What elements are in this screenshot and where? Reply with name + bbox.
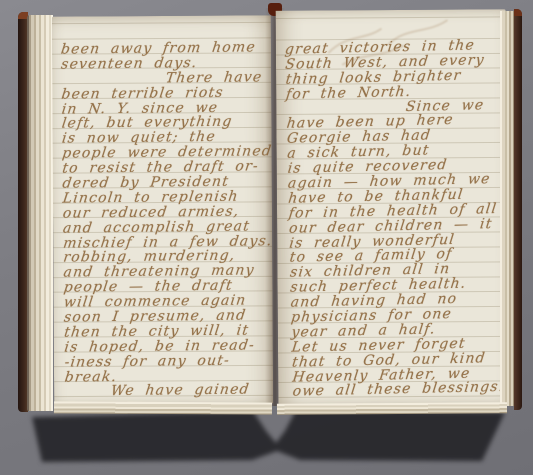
handwritten-line: been terrible riots [61, 84, 269, 101]
page-edges-bottom-right [277, 402, 507, 415]
left-page-text: been away from home seventeen days. Ther… [60, 39, 270, 399]
photo-background: been away from home seventeen days. Ther… [0, 0, 533, 475]
right-page: great victories in the South West, and e… [276, 9, 509, 405]
page-edges-right-stack [500, 11, 515, 406]
handwritten-line: and accomplish great [62, 218, 270, 235]
page-edges-left-stack [27, 15, 53, 411]
open-diary-book: been away from home seventeen days. Ther… [0, 0, 533, 475]
right-page-text: great victories in the South West, and e… [284, 37, 508, 399]
handwritten-line: owe all these blessings. [292, 379, 508, 399]
page-edges-bottom-left [54, 401, 272, 414]
book-cover-right-edge [514, 9, 522, 410]
handwritten-line: We have gained [64, 382, 272, 399]
left-page: been away from home seventeen days. Ther… [52, 15, 273, 404]
